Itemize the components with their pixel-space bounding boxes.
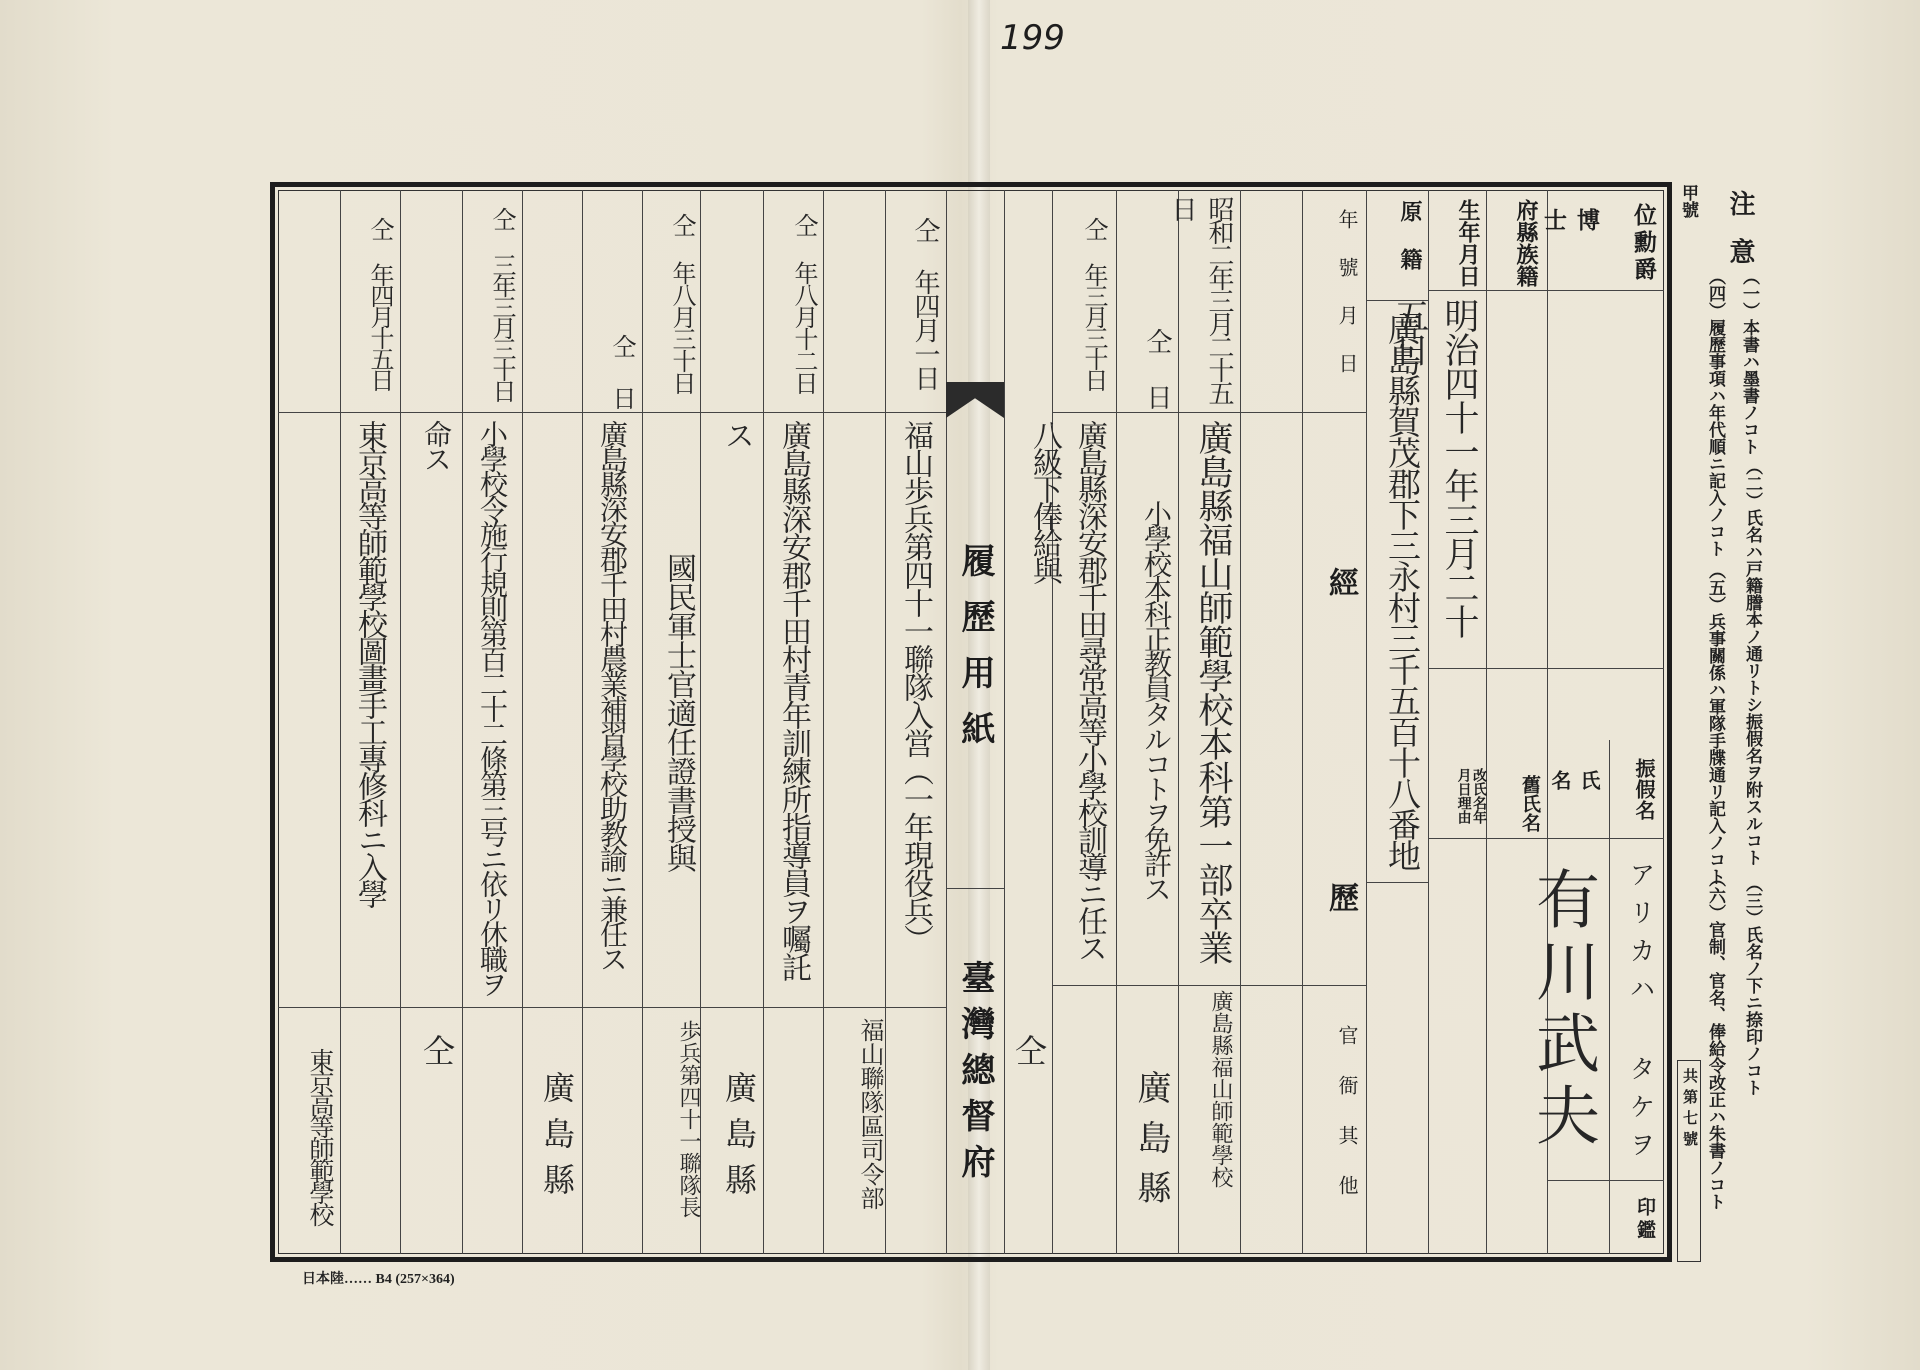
divider xyxy=(946,888,1004,889)
history-8-office[interactable]: 仝 xyxy=(404,1020,460,1080)
name-label: 氏名 xyxy=(1552,770,1604,830)
history-8-career[interactable]: 小學校令施行規則第百二十二條第三号ニ依リ休職ヲ命ス xyxy=(404,420,520,1005)
printer-footer: 日本陸…… B4 (257×364) xyxy=(302,1268,455,1288)
history-3-career[interactable]: 廣島縣深安郡千田尋常高等小學校訓導ニ任ス八級下俸給與 xyxy=(1008,420,1112,980)
divider xyxy=(1302,412,1366,413)
history-5-date[interactable]: 仝 年八月十二日 xyxy=(766,196,822,410)
history-1-career[interactable]: 廣島縣福山師範學校本科第一部卒業 xyxy=(1182,420,1238,980)
divider xyxy=(1609,740,1610,1254)
history-6-office[interactable]: 歩兵第四十一聯隊長 xyxy=(646,1020,700,1250)
divider xyxy=(522,190,523,1254)
history-5-office[interactable]: 廣島縣 xyxy=(704,1030,762,1250)
name-change-label: 改氏名年月日理由 xyxy=(1430,768,1486,836)
note-6: （六）官制、官名、俸給令改正ハ朱書ノコト xyxy=(1703,870,1728,1210)
note-3: （三）氏名ノ下ニ捺印ノコト xyxy=(1740,875,1765,1096)
history-6-career[interactable]: 國民軍士官適任證書授與 xyxy=(646,420,700,1005)
note-2: （二）氏名ハ戸籍謄本ノ通リトシ振假名ヲ附スルコト xyxy=(1740,458,1765,866)
furigana-label: 振假名 xyxy=(1613,744,1659,834)
divider xyxy=(1116,190,1117,1254)
history-5-career[interactable]: 廣島縣深安郡千田村青年訓練所指導員ヲ囑託ス xyxy=(704,420,822,1005)
history-7-career[interactable]: 廣島縣深安郡千田村農業補習學校助教諭ニ兼任ス xyxy=(526,420,640,1005)
domicile-class-label: 府縣族籍 xyxy=(1492,198,1542,288)
furigana-value[interactable]: アリカハ タケヲ xyxy=(1613,850,1659,1180)
history-7-date[interactable]: 仝 日 xyxy=(586,196,640,410)
history-8-date[interactable]: 仝 三年三月三十日 xyxy=(466,196,520,410)
history-3-date[interactable]: 仝 年三月三十日 xyxy=(1056,196,1112,410)
divider xyxy=(1428,290,1547,291)
divider xyxy=(1547,1180,1664,1181)
doctorate-label: 博士 xyxy=(1555,208,1603,288)
history-6-date[interactable]: 仝 年八月三十日 xyxy=(646,196,700,410)
divider xyxy=(642,190,643,1254)
rank-value[interactable] xyxy=(1555,300,1655,660)
history-4-career[interactable]: 福山歩兵第四十一聯隊入営（一年現役兵） xyxy=(826,420,944,1005)
divider xyxy=(278,1007,946,1008)
divider xyxy=(1428,838,1664,839)
career-label-1: 經 xyxy=(1306,565,1362,605)
page-number: 199 xyxy=(1000,18,1065,58)
history-4-office[interactable]: 福山聯隊區司令部 xyxy=(826,1018,884,1258)
history-3-office[interactable]: 仝 xyxy=(1008,1020,1052,1080)
divider xyxy=(400,190,401,1254)
birthdate-label: 生年月日 xyxy=(1432,198,1484,288)
history-7-office[interactable]: 廣島縣 xyxy=(526,1030,580,1250)
divider xyxy=(1302,985,1366,986)
divider xyxy=(1547,290,1664,291)
history-1-date[interactable]: 昭和二年三月二十五日 xyxy=(1182,196,1238,410)
history-2-date[interactable]: 仝 日 xyxy=(1120,196,1176,410)
seal-label: 印鑑 xyxy=(1613,1188,1659,1252)
name-value[interactable]: 有川武夫 xyxy=(1552,850,1608,1170)
history-9-career[interactable]: 東京高等師範學校圖畫手工專修科ニ入學 xyxy=(282,420,398,1005)
seal-area[interactable] xyxy=(1552,1184,1608,1252)
note-5: （五）兵事關係ハ軍隊手牒通リ記入ノコト xyxy=(1703,562,1728,885)
divider xyxy=(1052,985,1302,986)
divider xyxy=(1302,190,1303,1254)
divider xyxy=(946,190,947,1254)
divider xyxy=(1240,190,1241,1254)
career-label-2: 歷 xyxy=(1306,880,1362,920)
birthdate-value[interactable]: 明治四十一年三月二十五日 xyxy=(1432,298,1484,664)
note-4: （四）履歷事項ハ年代順ニ記入ノコト xyxy=(1703,268,1728,557)
rank-label: 位勳爵 xyxy=(1612,198,1660,288)
history-4-date[interactable]: 仝 年四月一日 xyxy=(888,196,944,410)
divider xyxy=(1428,668,1664,669)
domicile-class-value[interactable] xyxy=(1492,300,1542,660)
name-change-value[interactable] xyxy=(1430,842,1486,1252)
divider xyxy=(1486,190,1487,1254)
office-column-label: 官衙其他 xyxy=(1306,1000,1362,1250)
date-column-label: 年號月日 xyxy=(1306,200,1362,410)
origin-label: 原籍 xyxy=(1370,198,1426,298)
divider xyxy=(1366,882,1428,883)
history-2-office[interactable]: 廣島縣 xyxy=(1120,1040,1176,1250)
sheet-number: 共第七號 xyxy=(1680,1068,1701,1152)
note-1: （一）本書ハ墨書ノコト xyxy=(1740,268,1757,455)
history-2-career[interactable]: 小學校本科正教員タルコトヲ免許ス xyxy=(1120,420,1176,980)
divider xyxy=(1004,190,1005,1254)
form-issuer: 臺灣總督府 xyxy=(950,900,1000,1250)
divider xyxy=(1366,190,1367,1254)
form-title: 履歷用紙 xyxy=(950,430,1000,880)
divider xyxy=(278,412,946,413)
origin-value[interactable]: 廣島縣賀茂郡下三永村三千五百十八番地 xyxy=(1370,306,1426,876)
history-9-office[interactable]: 東京高等師範學校 xyxy=(282,1018,338,1254)
form-code: 甲號 xyxy=(1676,184,1701,218)
divider xyxy=(1052,412,1302,413)
divider xyxy=(823,190,824,1254)
former-name-value[interactable] xyxy=(1490,842,1544,1252)
former-name-label: 舊氏名 xyxy=(1490,770,1544,836)
history-9-date[interactable]: 仝 年四月十五日 xyxy=(344,196,398,410)
